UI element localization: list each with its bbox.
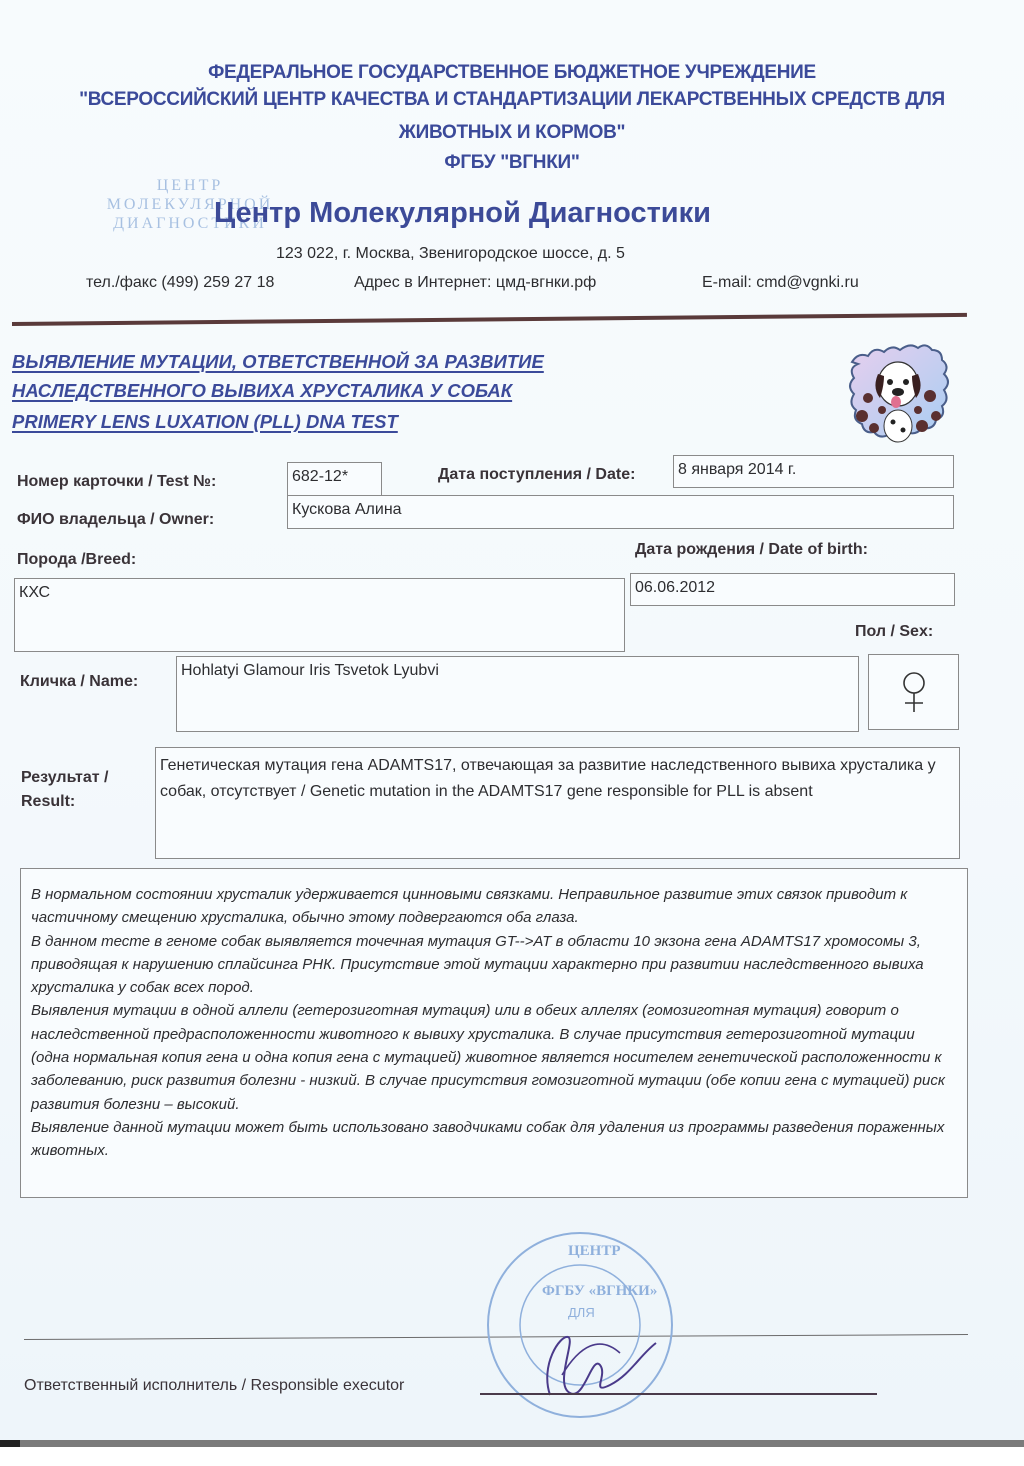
stamp-line: ЦЕНТР (70, 176, 310, 195)
receipt-date-field: 8 января 2014 г. (673, 455, 954, 488)
org-address: 123 022, г. Москва, Звенигородское шоссе… (276, 245, 625, 263)
result-label-ru: Результат / (21, 766, 108, 790)
institution-name-line-1: ФЕДЕРАЛЬНОЕ ГОСУДАРСТВЕННОЕ БЮДЖЕТНОЕ УЧ… (0, 62, 1024, 84)
explanation-paragraph: В нормальном состоянии хрусталик удержив… (31, 883, 957, 930)
owner-field: Кускова Алина (287, 495, 954, 529)
receipt-date-label: Дата поступления / Date: (438, 466, 635, 484)
date-of-birth-field: 06.06.2012 (630, 573, 955, 606)
org-email: E-mail: cmd@vgnki.ru (702, 274, 859, 292)
result-label-en: Result: (21, 790, 108, 814)
org-website: Адрес в Интернет: цмд-вгнки.рф (354, 274, 596, 292)
signature-line (480, 1393, 877, 1395)
org-title: Центр Молекулярной Диагностики (214, 197, 711, 230)
scan-edge-mark (0, 1440, 20, 1447)
explanation-paragraph: Выявления мутации в одной аллели (гетеро… (31, 999, 957, 1115)
header-divider (12, 313, 967, 326)
scan-edge-bar (0, 1440, 1024, 1447)
test-title-line-3: PRIMERY LENS LUXATION (PLL) DNA TEST (12, 411, 398, 433)
responsible-executor-label: Ответственный исполнитель / Responsible … (24, 1377, 404, 1395)
document-page: ФЕДЕРАЛЬНОЕ ГОСУДАРСТВЕННОЕ БЮДЖЕТНОЕ УЧ… (0, 0, 1024, 1440)
date-of-birth-label: Дата рождения / Date of birth: (635, 541, 868, 559)
result-field: Генетическая мутация гена ADAMTS17, отве… (155, 747, 960, 859)
owner-label: ФИО владельца / Owner: (17, 511, 214, 529)
explanation-paragraph: Выявление данной мутации может быть испо… (31, 1116, 957, 1163)
institution-abbreviation: ФГБУ "ВГНКИ" (0, 152, 1024, 174)
institution-name-line-2: "ВСЕРОССИЙСКИЙ ЦЕНТР КАЧЕСТВА И СТАНДАРТ… (0, 89, 1024, 111)
result-label: Результат / Result: (21, 766, 108, 814)
test-title-line-2: НАСЛЕДСТВЕННОГО ВЫВИХА ХРУСТАЛИКА У СОБА… (12, 380, 512, 402)
test-number-field: 682-12* (287, 462, 382, 496)
sex-field (868, 654, 959, 730)
round-seal-icon: ЦЕНТР ФГБУ «ВГНКИ» ДЛЯ (480, 1225, 680, 1425)
dalmatian-dog-icon (838, 340, 956, 452)
institution-name-line-3: ЖИВОТНЫХ И КОРМОВ" (0, 122, 1024, 144)
svg-text:ДЛЯ: ДЛЯ (568, 1305, 595, 1320)
breed-field: КХС (14, 578, 625, 652)
female-symbol-icon (899, 670, 929, 714)
explanation-paragraph: В данном тесте в геноме собак выявляется… (31, 930, 957, 1000)
org-phone: тел./факс (499) 259 27 18 (86, 274, 274, 292)
dog-name-label: Кличка / Name: (20, 673, 138, 691)
svg-text:ЦЕНТР: ЦЕНТР (568, 1243, 621, 1259)
test-title-line-1: ВЫЯВЛЕНИЕ МУТАЦИИ, ОТВЕТСТВЕННОЙ ЗА РАЗВ… (12, 351, 544, 373)
explanation-box: В нормальном состоянии хрусталик удержив… (20, 868, 968, 1198)
sex-label: Пол / Sex: (855, 623, 933, 641)
test-number-label: Номер карточки / Test №: (17, 473, 216, 491)
svg-text:ФГБУ «ВГНКИ»: ФГБУ «ВГНКИ» (542, 1283, 657, 1299)
breed-label: Порода /Breed: (17, 551, 136, 569)
dog-name-field: Hohlatyi Glamour Iris Tsvetok Lyubvi (176, 656, 859, 732)
